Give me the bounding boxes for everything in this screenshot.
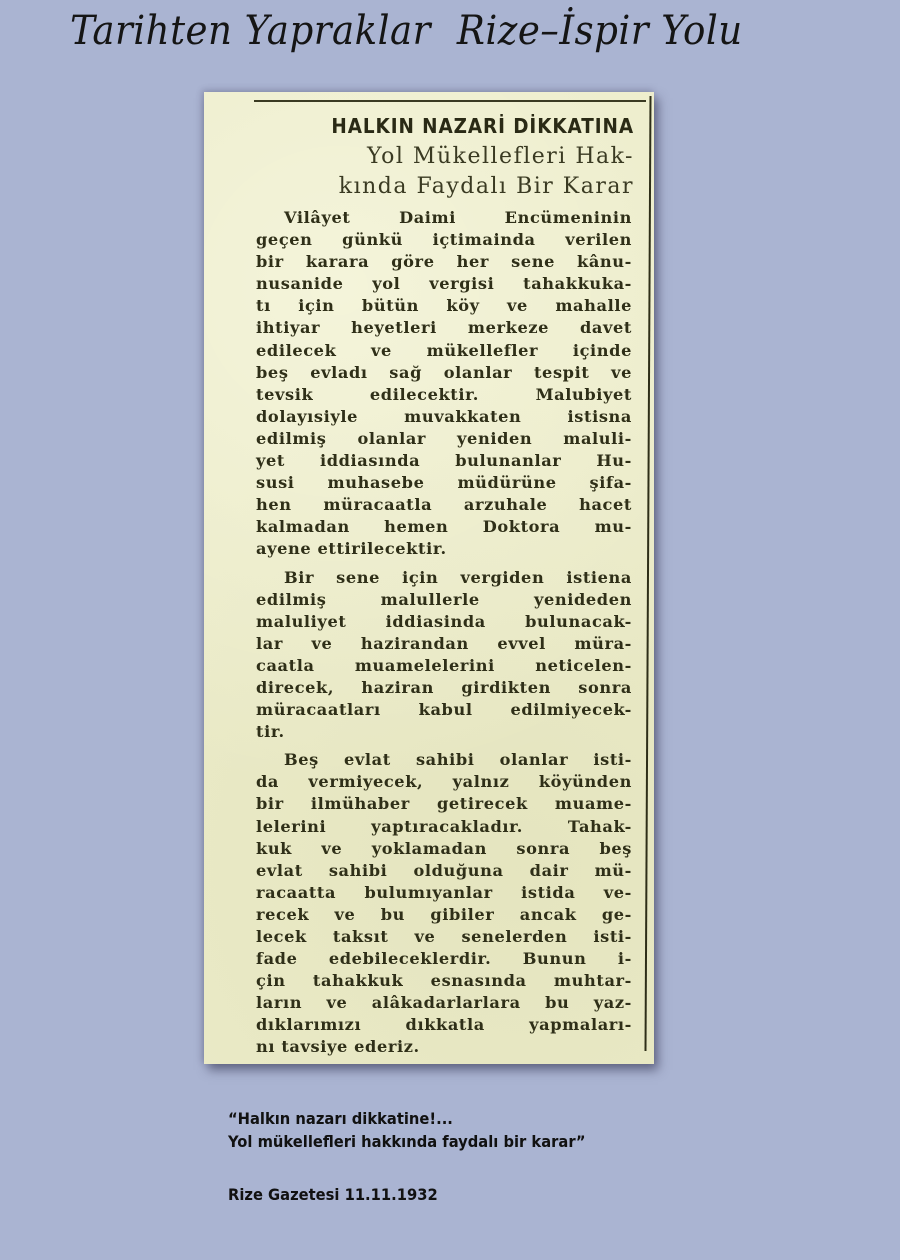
article-line: fade edebileceklerdir. Bunun i- bbox=[256, 948, 632, 970]
clipping-headline: HALKIN NAZARİ DİKKATINA bbox=[294, 114, 634, 138]
caption-line: Yol mükellefleri hakkında faydalı bir ka… bbox=[228, 1130, 586, 1153]
article-line: nusanide yol vergisi tahakkuka- bbox=[256, 273, 632, 295]
article-line: tir. bbox=[256, 721, 632, 743]
article-line: direcek, haziran girdikten sonra bbox=[256, 677, 632, 699]
article-line: recek ve bu gibiler ancak ge- bbox=[256, 904, 632, 926]
newspaper-clipping: HALKIN NAZARİ DİKKATINA Yol Mükellefleri… bbox=[204, 92, 654, 1064]
article-line: caatla muamelelerini neticelen- bbox=[256, 655, 632, 677]
article-line: tı için bütün köy ve mahalle bbox=[256, 295, 632, 317]
article-line: yet iddiasında bulunanlar Hu- bbox=[256, 450, 632, 472]
article-line: nı tavsiye ederiz. bbox=[256, 1036, 632, 1058]
article-line: çin tahakkuk esnasında muhtar- bbox=[256, 970, 632, 992]
source-citation: Rize Gazetesi 11.11.1932 bbox=[228, 1185, 438, 1204]
article-line: evlat sahibi olduğuna dair mü- bbox=[256, 860, 632, 882]
article-line: bir ilmühaber getirecek muame- bbox=[256, 793, 632, 815]
article-line: kuk ve yoklamadan sonra beş bbox=[256, 838, 632, 860]
article-line: ların ve alâkadarlarlara bu yaz- bbox=[256, 992, 632, 1014]
article-line: lelerini yaptıracakladır. Tahak- bbox=[256, 816, 632, 838]
article-line: edilmiş olanlar yeniden maluli- bbox=[256, 428, 632, 450]
clipping-subhead-line: kında Faydalı Bir Karar bbox=[252, 174, 634, 199]
article-line: edilmiş malullerle yenideden bbox=[256, 589, 632, 611]
page-title-series: Tarihten Yapraklar bbox=[70, 8, 431, 54]
article-line: lar ve hazirandan evvel müra- bbox=[256, 633, 632, 655]
article-line: ihtiyar heyetleri merkeze davet bbox=[256, 317, 632, 339]
article-line: Beş evlat sahibi olanlar isti- bbox=[256, 749, 632, 771]
article-line: kalmadan hemen Doktora mu- bbox=[256, 516, 632, 538]
article-line: maluliyet iddiasinda bulunacak- bbox=[256, 611, 632, 633]
page-title: Tarihten YapraklarRize–İspir Yolu bbox=[70, 8, 777, 54]
image-caption: “Halkın nazarı dikkatine!... Yol mükelle… bbox=[228, 1107, 586, 1153]
clipping-subhead-line: Yol Mükellefleri Hak- bbox=[252, 144, 634, 169]
article-line: lecek taksıt ve senelerden isti- bbox=[256, 926, 632, 948]
clipping-body: Vilâyet Daimi Encümeniningeçen günkü içt… bbox=[256, 207, 632, 1059]
caption-line: “Halkın nazarı dikkatine!... bbox=[228, 1107, 586, 1130]
article-line: racaatta bulumıyanlar istida ve- bbox=[256, 882, 632, 904]
column-right-rule bbox=[644, 96, 651, 1051]
article-line: beş evladı sağ olanlar tespit ve bbox=[256, 362, 632, 384]
column-top-rule bbox=[254, 100, 646, 102]
article-line: dıklarımızı dıkkatla yapmaları- bbox=[256, 1014, 632, 1036]
article-line: Bir sene için vergiden istiena bbox=[256, 567, 632, 589]
article-line: Vilâyet Daimi Encümeninin bbox=[256, 207, 632, 229]
article-line: bir karara göre her sene kânu- bbox=[256, 251, 632, 273]
article-line: hen müracaatla arzuhale hacet bbox=[256, 494, 632, 516]
article-line: müracaatları kabul edilmiyecek- bbox=[256, 699, 632, 721]
article-line: dolayısiyle muvakkaten istisna bbox=[256, 406, 632, 428]
article-line: ayene ettirilecektir. bbox=[256, 538, 632, 560]
article-line: susi muhasebe müdürüne şifa- bbox=[256, 472, 632, 494]
page-title-topic: Rize–İspir Yolu bbox=[457, 8, 743, 54]
article-line: tevsik edilecektir. Malubiyet bbox=[256, 384, 632, 406]
article-line: edilecek ve mükellefler içinde bbox=[256, 340, 632, 362]
article-line: da vermiyecek, yalnız köyünden bbox=[256, 771, 632, 793]
article-line: geçen günkü içtimainda verilen bbox=[256, 229, 632, 251]
